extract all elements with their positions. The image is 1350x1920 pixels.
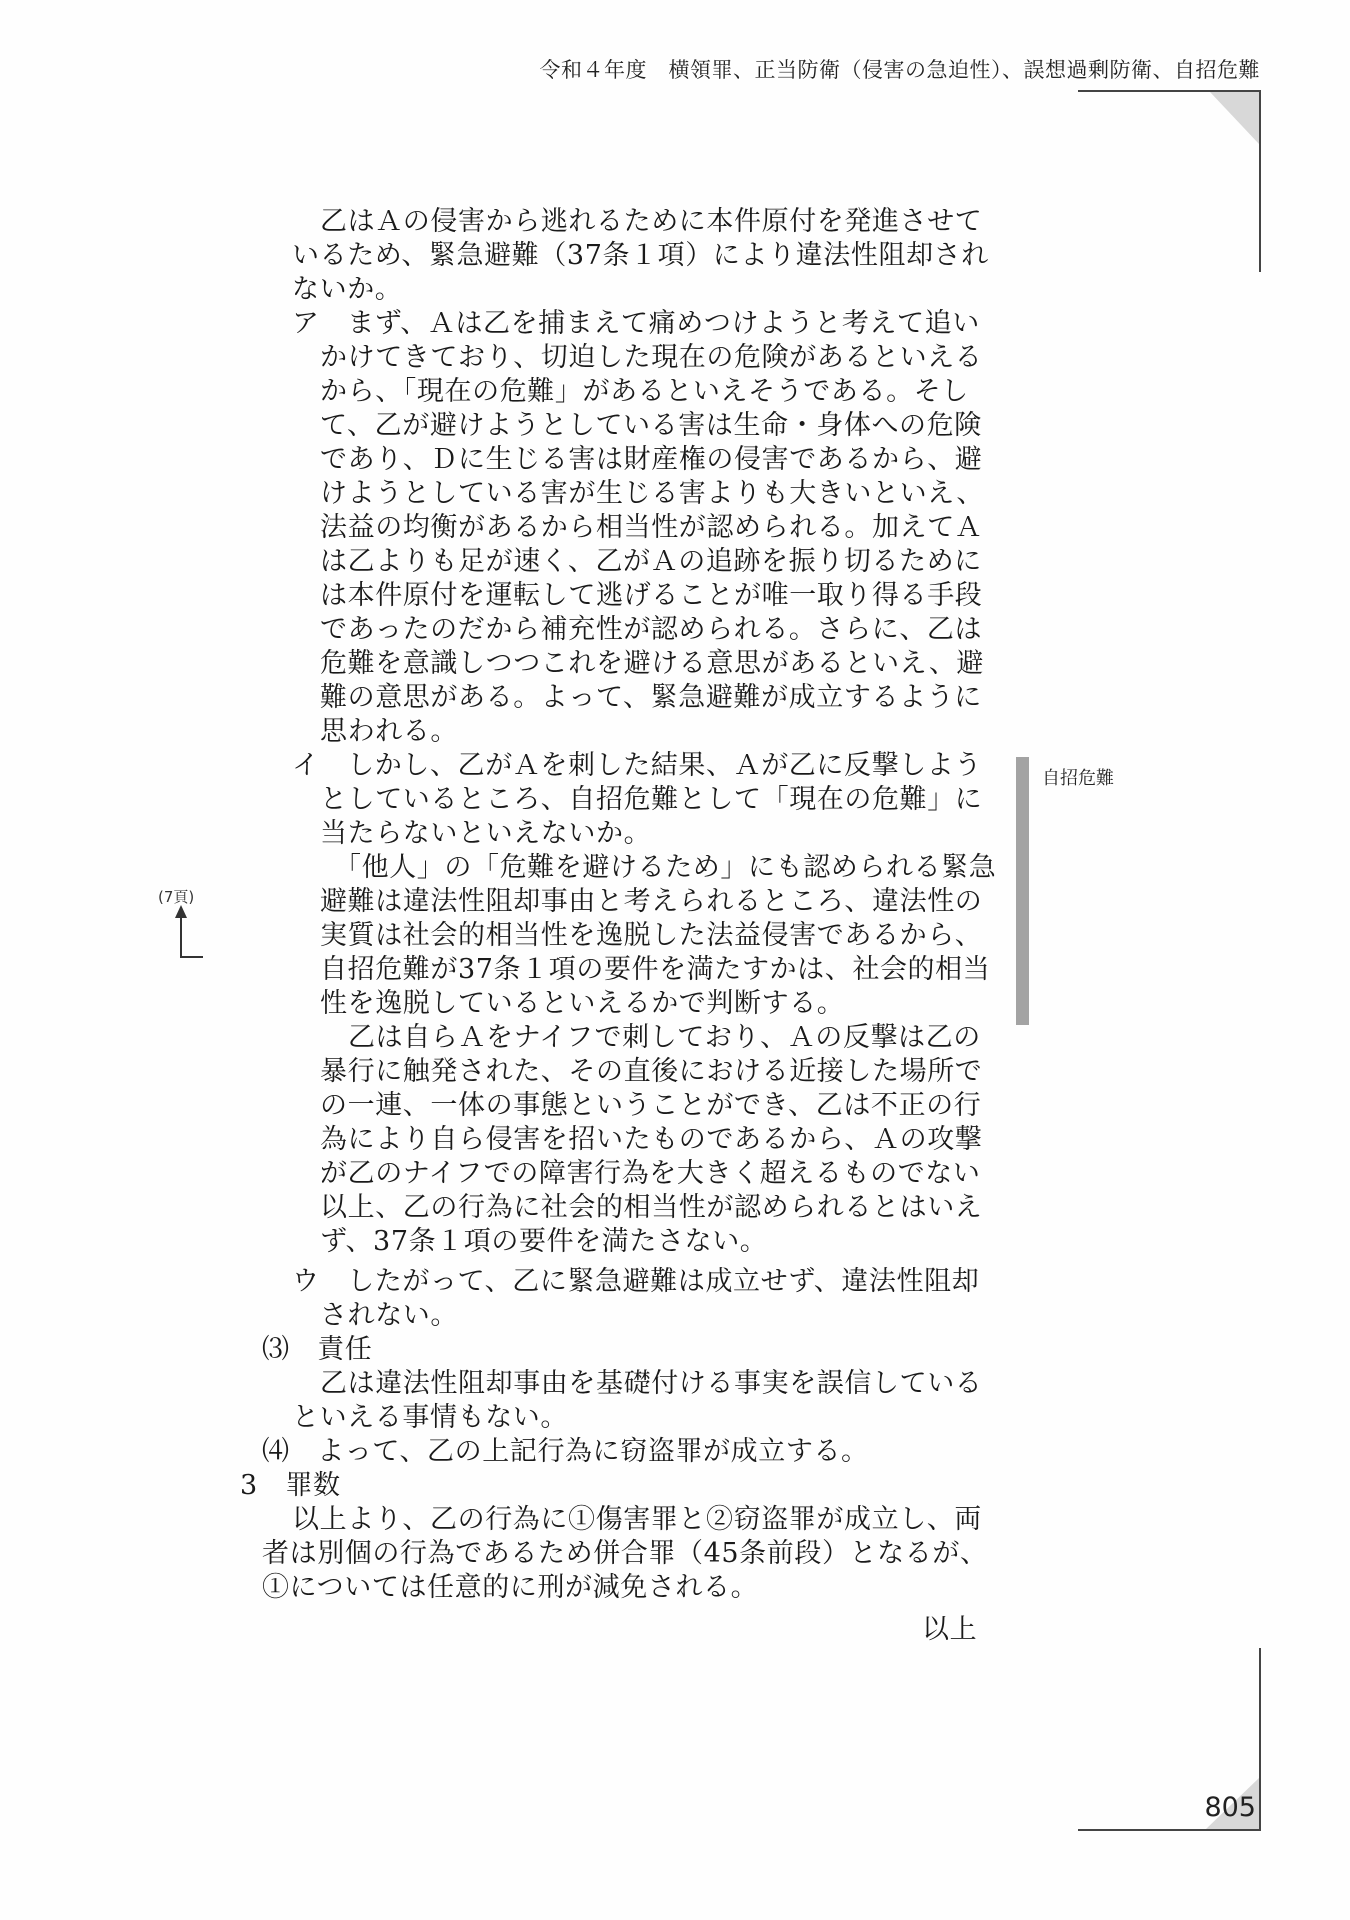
corner-mark-bottom-vertical	[1259, 1648, 1261, 1830]
text-line: 以上より、乙の行為に①傷害罪と②窃盗罪が成立し、両	[292, 1503, 982, 1537]
text-line: の一連、一体の事態ということができ、乙は不正の行	[320, 1089, 981, 1123]
text-line: は本件原付を運転して逃げることが唯一取り得る手段	[320, 579, 982, 613]
page-number: 805	[1204, 1792, 1256, 1823]
reference-arrow-foot	[180, 956, 203, 958]
text-line: であり、Ｄに生じる害は財産権の侵害であるから、避	[320, 443, 982, 477]
reference-arrow-stem	[180, 915, 182, 958]
text-line: としているところ、自招危難として「現在の危難」に	[320, 783, 982, 817]
margin-highlight-bar	[1016, 757, 1029, 1025]
text-line: て、乙が避けようとしている害は生命・身体への危険	[320, 409, 982, 443]
text-line: 為により自ら侵害を招いたものであるから、Ａの攻撃	[320, 1123, 982, 1157]
text-line: 性を逸脱しているといえるかで判断する。	[320, 987, 844, 1021]
text-line: といえる事情もない。	[292, 1401, 568, 1435]
text-line: 難の意思がある。よって、緊急避難が成立するように	[320, 681, 982, 715]
text-line: 法益の均衡があるから相当性が認められる。加えてＡ	[320, 511, 982, 545]
text-line: 者は別個の行為であるため併合罪（45条前段）となるが、	[262, 1537, 988, 1571]
text-line: ウ したがって、乙に緊急避難は成立せず、違法性阻却	[292, 1265, 979, 1299]
text-line: 思われる。	[320, 715, 458, 749]
corner-triangle-top	[1210, 92, 1259, 144]
text-line: が乙のナイフでの障害行為を大きく超えるものでない	[320, 1157, 981, 1191]
corner-mark-bottom-horizontal	[1078, 1829, 1261, 1831]
text-line: イ しかし、乙がＡを刺した結果、Ａが乙に反撃しよう	[292, 749, 982, 783]
text-line: 3 罪数	[240, 1469, 341, 1503]
text-line: 以上、乙の行為に社会的相当性が認められるとはいえ	[320, 1191, 982, 1225]
corner-mark-top-vertical	[1259, 90, 1261, 272]
text-line: 危難を意識しつつこれを避ける意思があるといえ、避	[320, 647, 984, 681]
text-line: 乙は違法性阻却事由を基礎付ける事実を誤信している	[320, 1367, 982, 1401]
text-line: ア まず、Ａは乙を捕まえて痛めつけようと考えて追い	[292, 307, 980, 341]
text-line: いるため、緊急避難（37条１項）により違法性阻却され	[292, 239, 989, 273]
text-line: 自招危難が37条１項の要件を満たすかは、社会的相当	[320, 953, 990, 987]
text-line: けようとしている害が生じる害よりも大きいといえ、	[320, 477, 984, 511]
running-header: 令和４年度 横領罪、正当防衛（侵害の急迫性）、誤想過剰防衛、自招危難	[540, 54, 1261, 84]
text-line: ず、37条１項の要件を満たさない。	[320, 1225, 767, 1259]
text-line: 暴行に触発された、その直後における近接した場所で	[320, 1055, 982, 1089]
text-line: ⑶ 責任	[262, 1333, 372, 1367]
margin-note: 自招危難	[1042, 764, 1114, 790]
text-line: 実質は社会的相当性を逸脱した法益侵害であるから、	[320, 919, 982, 953]
text-line: かけてきており、切迫した現在の危険があるといえる	[320, 341, 982, 375]
text-line: 当たらないといえないか。	[320, 817, 651, 851]
text-line: ないか。	[292, 273, 402, 307]
text-line: 「他人」の「危難を避けるため」にも認められる緊急	[334, 851, 996, 885]
text-line: であったのだから補充性が認められる。さらに、乙は	[320, 613, 982, 647]
text-line: から、「現在の危難」があるといえそうである。そし	[320, 375, 969, 409]
text-line: ①については任意的に刑が減免される。	[262, 1571, 758, 1605]
text-line: 乙は自らＡをナイフで刺しており、Ａの反撃は乙の	[348, 1021, 981, 1055]
text-line: ⑷ よって、乙の上記行為に窃盗罪が成立する。	[262, 1435, 869, 1469]
text-line: 以上	[922, 1613, 977, 1647]
page-reference-label: (7頁)	[158, 886, 194, 907]
text-line: 乙はＡの侵害から逃れるために本件原付を発進させて	[320, 205, 982, 239]
text-line: は乙よりも足が速く、乙がＡの追跡を振り切るために	[320, 545, 982, 579]
text-line: されない。	[320, 1299, 458, 1333]
text-line: 避難は違法性阻却事由と考えられるところ、違法性の	[320, 885, 982, 919]
